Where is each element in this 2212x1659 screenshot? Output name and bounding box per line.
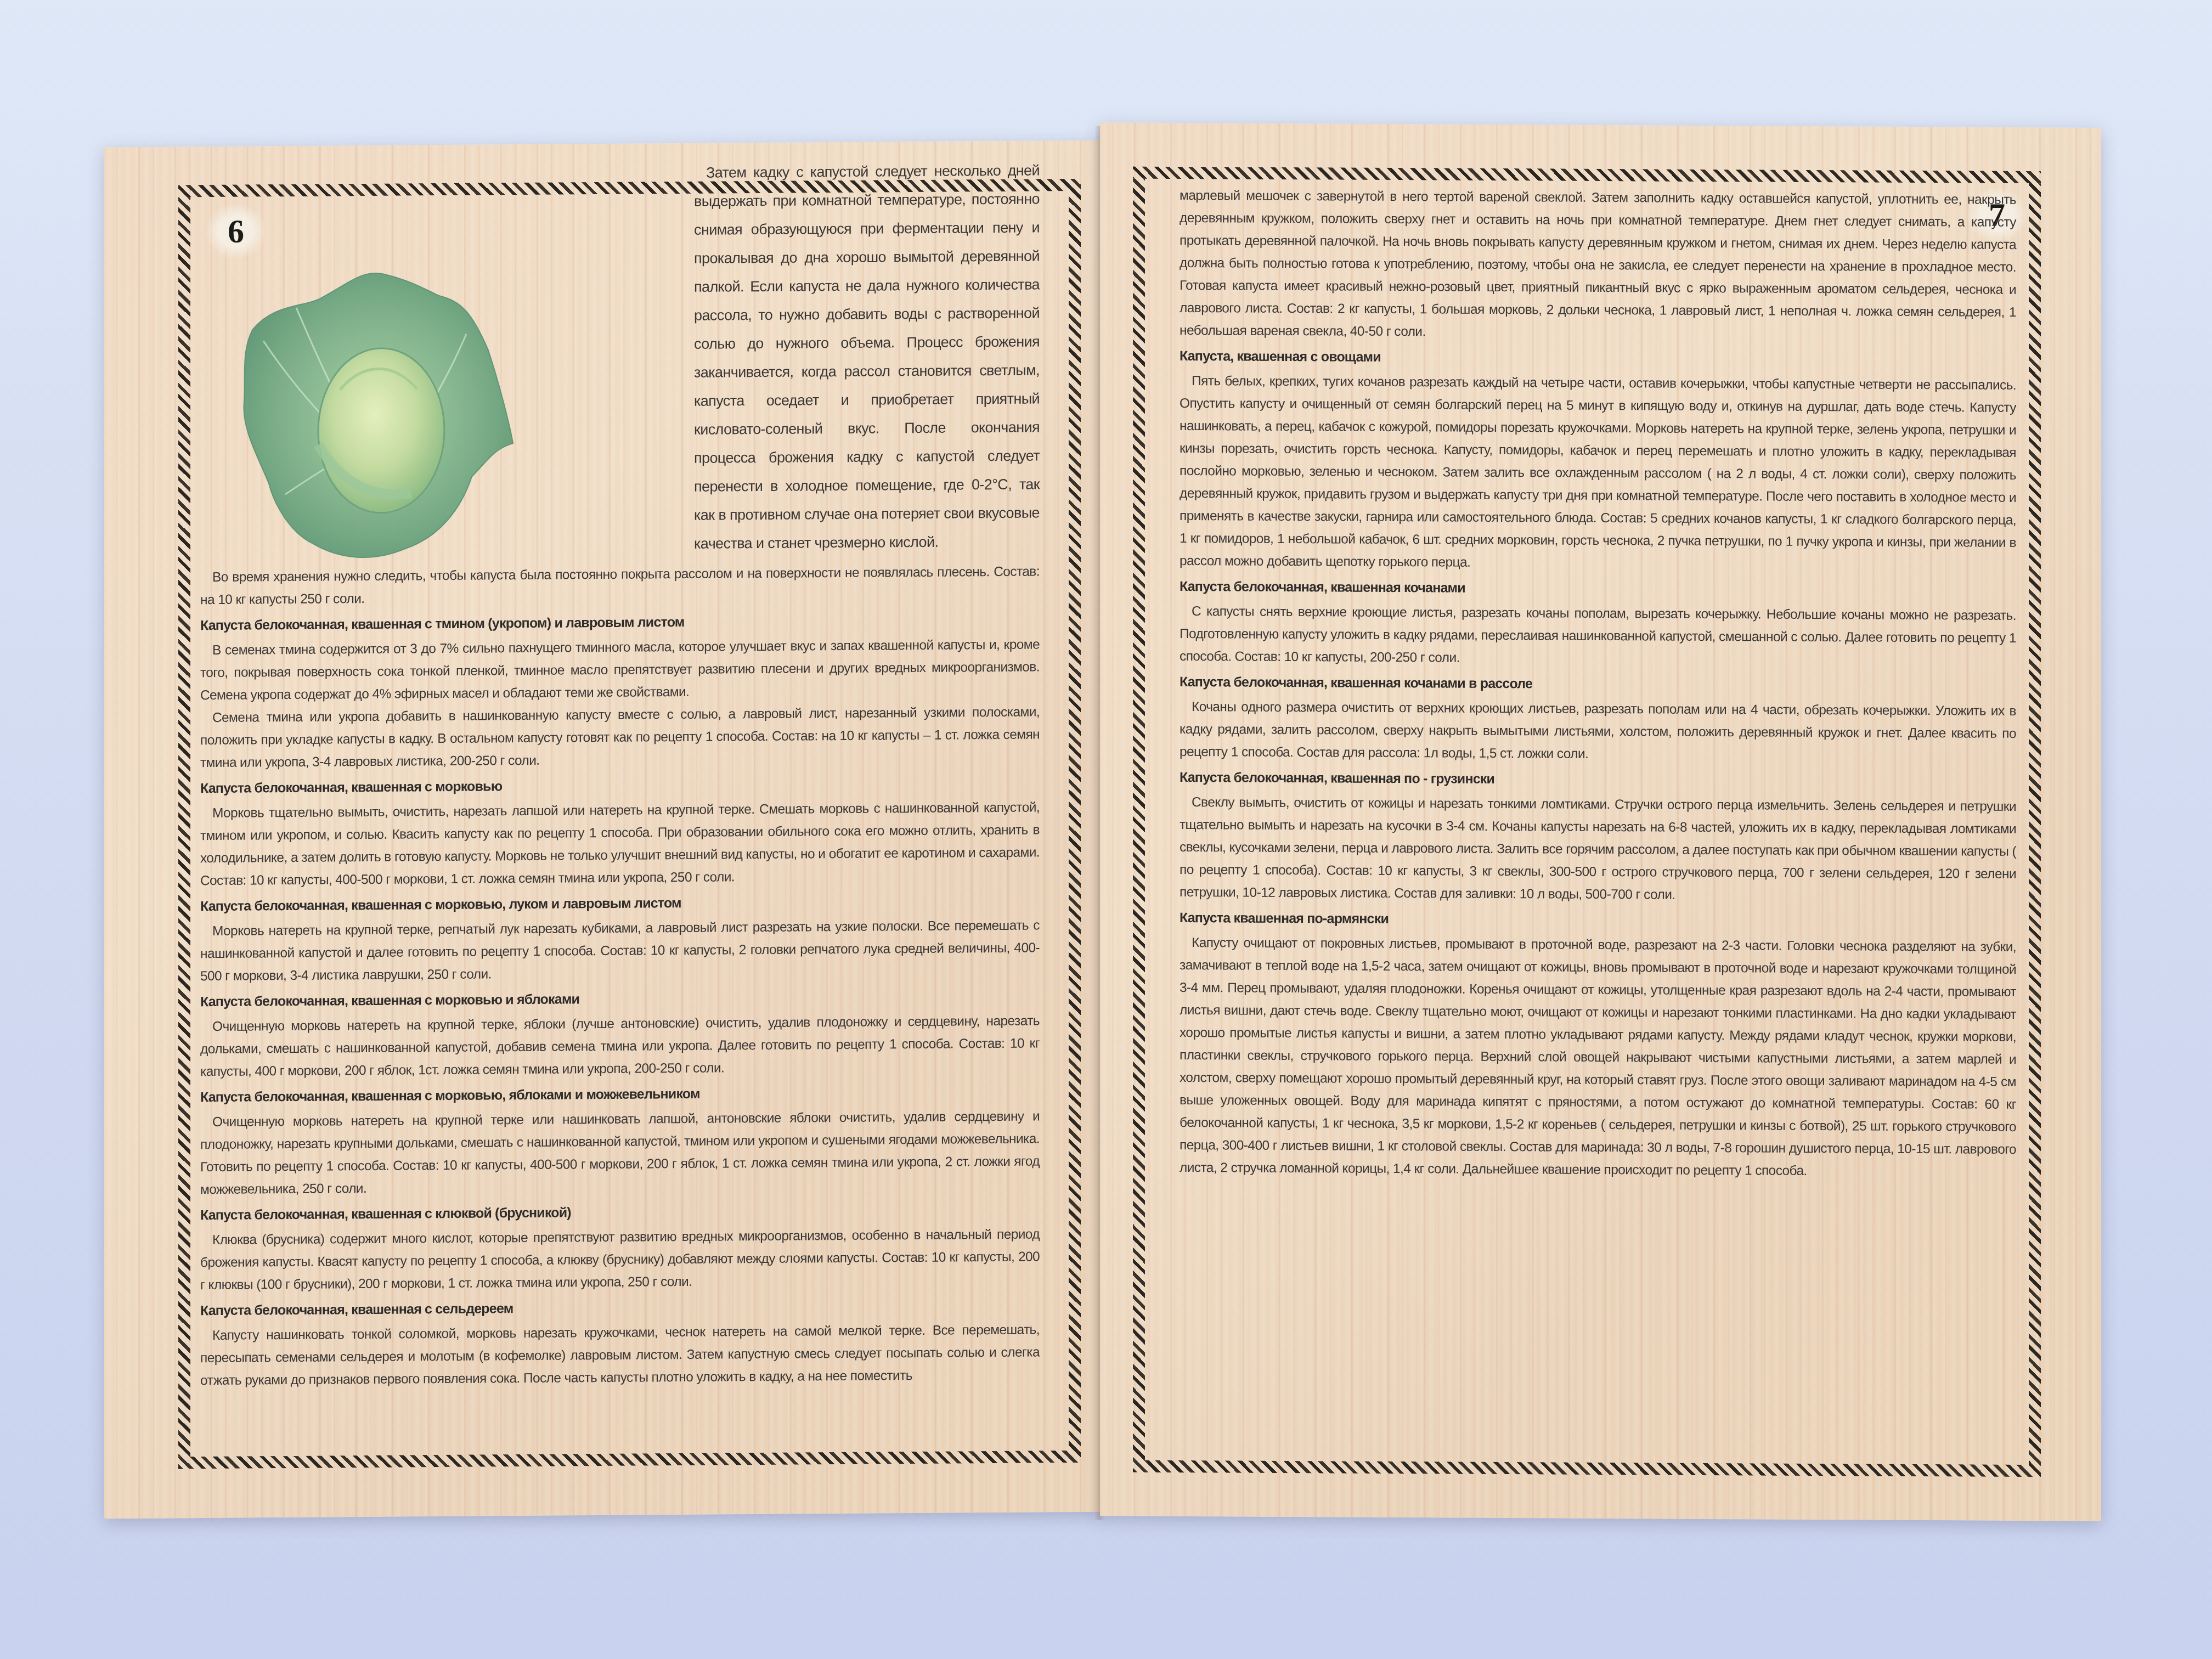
- recipe-paragraph: Кочаны одного размера очистить от верхни…: [1180, 696, 2016, 768]
- recipe-title: Капуста белокочанная, квашенная с морков…: [200, 889, 1040, 918]
- recipe-title: Капуста белокочанная, квашенная с сельде…: [200, 1294, 1040, 1322]
- recipe-paragraph: Морковь тщательно вымыть, очистить, наре…: [200, 796, 1040, 892]
- page-number: 6: [206, 204, 266, 259]
- recipe-paragraph: Пять белых, крепких, тугих кочанов разре…: [1180, 370, 2016, 577]
- recipe-title: Капуста белокочанная, квашенная кочанами…: [1180, 671, 2016, 698]
- recipe-paragraph: Очищенную морковь натереть на крупной те…: [200, 1009, 1040, 1083]
- recipe-title: Капуста, квашенная с овощами: [1180, 345, 2016, 372]
- left-page-body: Во время хранения нужно следить, чтобы к…: [200, 560, 1040, 1392]
- page-right: 7 марлевый мешочек с завернутой в него т…: [1100, 122, 2101, 1521]
- recipe-title: Капуста квашенная по-армянски: [1180, 907, 2016, 934]
- intro-paragraph: Затем кадку с капустой следует несколько…: [694, 156, 1040, 557]
- recipe-paragraph: Семена тмина или укропа добавить в нашин…: [200, 701, 1040, 774]
- page-left: 6 Затем кадку с капустой с: [104, 140, 1103, 1519]
- recipe-paragraph: С капусты снять верхние кроющие листья, …: [1180, 600, 2016, 672]
- recipe-paragraph: Клюква (брусника) содержит много кислот,…: [200, 1223, 1040, 1296]
- storage-paragraph: Во время хранения нужно следить, чтобы к…: [200, 560, 1040, 611]
- recipe-paragraph: Свеклу вымыть, очистить от кожицы и наре…: [1180, 791, 2016, 908]
- recipe-title: Капуста белокочанная, квашенная с морков…: [200, 985, 1040, 1013]
- recipe-title: Капуста белокочанная, квашенная с тмином…: [200, 608, 1040, 637]
- recipe-paragraph: Капусту нашинковать тонкой соломкой, мор…: [200, 1318, 1040, 1392]
- recipe-title: Капуста белокочанная, квашенная кочанами: [1180, 575, 2016, 602]
- cabbage-illustration-icon: [230, 262, 516, 569]
- recipe-title: Капуста белокочанная, квашенная с морков…: [200, 1080, 1040, 1109]
- recipe-paragraph: Капусту очищают от покровных листьев, пр…: [1180, 932, 2016, 1183]
- recipe-paragraph: Морковь натереть на крупной терке, репча…: [200, 914, 1040, 988]
- recipe-title: Капуста белокочанная, квашенная с морков…: [200, 771, 1040, 800]
- recipe-title: Капуста белокочанная, квашенная по - гру…: [1180, 766, 2016, 793]
- recipe-title: Капуста белокочанная, квашенная с клюкво…: [200, 1198, 1040, 1227]
- intro-text: Затем кадку с капустой следует несколько…: [694, 156, 1040, 557]
- open-booklet: 6 Затем кадку с капустой с: [0, 0, 2212, 1659]
- continuation-paragraph: марлевый мешочек с завернутой в него тер…: [1180, 184, 2016, 346]
- right-page-body: марлевый мешочек с завернутой в него тер…: [1180, 184, 2016, 1183]
- recipe-paragraph: Очищенную морковь натереть на крупной те…: [200, 1105, 1040, 1201]
- recipe-paragraph: В семенах тмина содержится от 3 до 7% си…: [200, 633, 1040, 707]
